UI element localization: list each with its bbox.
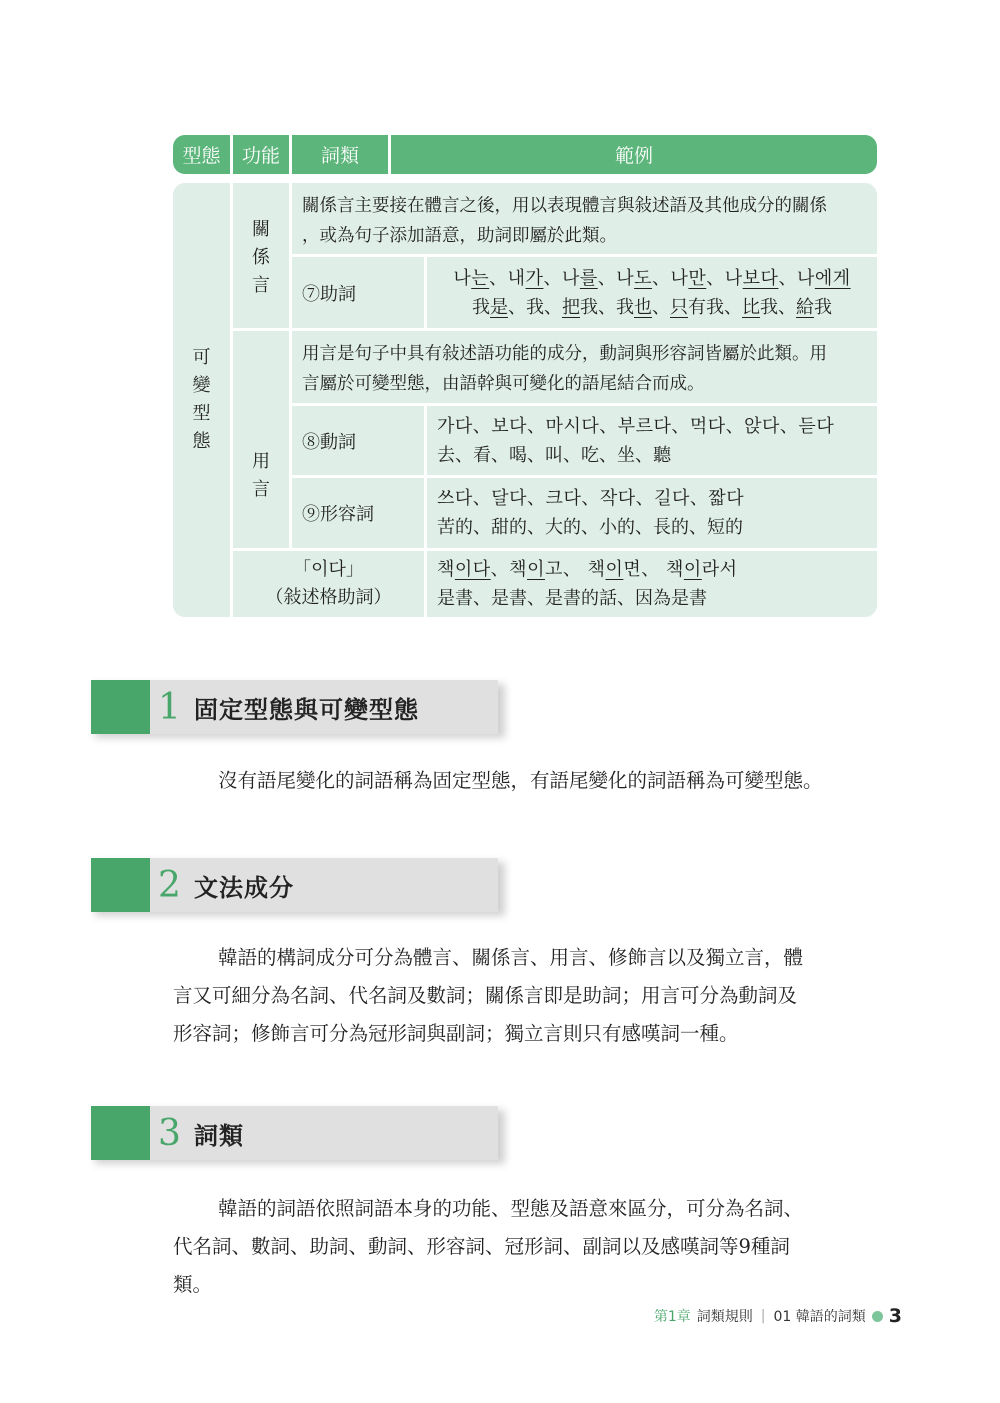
body-line: 形容詞；修飾言可分為冠形詞與副詞；獨立言則只有感嘆詞一種。 (173, 1015, 883, 1053)
description-line: 關係言主要接在體言之後，用以表現體言與敍述語及其他成分的關係 (302, 191, 869, 221)
word-class-particle: ⑦助詞 (292, 257, 424, 328)
function-char: 用 (252, 448, 270, 476)
body-line: 韓語的構詞成分可分為體言、關係言、用言、修飾言以及獨立言，體 (173, 939, 883, 977)
section-title: 固定型態與可變型態 (194, 690, 419, 725)
description-line: ，或為句子添加語意，助詞即屬於此類。 (302, 221, 869, 251)
function-char: 言 (252, 476, 270, 504)
function-char: 言 (252, 272, 270, 300)
relational-description: 關係言主要接在體言之後，用以表現體言與敍述語及其他成分的關係 ，或為句子添加語意… (292, 183, 877, 254)
section-marker (91, 1106, 150, 1160)
chapter-number: 第1章 (654, 1306, 691, 1326)
examples-adjective: 쓰다、달다、크다、작다、길다、짧다 苦的、甜的、大的、小的、長的、短的 (427, 478, 877, 548)
chapter-title: 詞類規則 (697, 1306, 753, 1326)
examples-verb: 가다、보다、마시다、부르다、먹다、앉다、듣다 去、看、喝、叫、吃、坐、聽 (427, 406, 877, 475)
function-cell-predicate: 用 言 (233, 331, 289, 548)
section-title: 文法成分 (194, 868, 294, 903)
header-function: 功能 (233, 135, 289, 174)
word-class-adjective: ⑨形容詞 (292, 478, 424, 548)
body-line: 韓語的詞語依照詞語本身的功能、型態及語意來區分，可分為名詞、 (173, 1190, 883, 1228)
section-marker (91, 858, 150, 912)
body-line: 代名詞、數詞、助詞、動詞、形容詞、冠形詞、副詞以及感嘆詞等9種詞 (173, 1228, 883, 1266)
type-cell-variable: 可 變 型 態 (173, 183, 230, 617)
page-footer: 第1章 詞類規則 | 01 韓語的詞類 3 (654, 1305, 902, 1327)
section-title: 詞類 (194, 1116, 244, 1151)
section-number: 1 (158, 687, 194, 728)
copula-label: 「이다」 （敍述格助詞） (233, 551, 424, 617)
korean-examples: 책이다、책이고、 책이면、 책이라서 (437, 555, 867, 584)
chinese-examples: 是書、是書、是書的話、因為是書 (437, 584, 867, 613)
section-body: 韓語的詞語依照詞語本身的功能、型態及語意來區分，可分為名詞、 代名詞、數詞、助詞… (173, 1190, 883, 1304)
korean-examples: 가다、보다、마시다、부르다、먹다、앉다、듣다 (437, 412, 867, 441)
description-line: 用言是句子中具有敍述語功能的成分，動詞與形容詞皆屬於此類。用 (302, 339, 869, 369)
footer-separator: | (761, 1308, 766, 1324)
word-class-verb: ⑧動詞 (292, 406, 424, 475)
type-char: 可 (193, 344, 211, 372)
korean-examples: 나는、내가、나를、나도、나만、나보다、나에게 (437, 264, 867, 293)
chinese-examples: 苦的、甜的、大的、小的、長的、短的 (437, 513, 867, 542)
section-number: 2 (158, 865, 194, 906)
type-char: 型 (193, 400, 211, 428)
description-line: 言屬於可變型態，由語幹與可變化的語尾結合而成。 (302, 369, 869, 399)
section-number: 3 (158, 1113, 194, 1154)
section-body: 韓語的構詞成分可分為體言、關係言、用言、修飾言以及獨立言，體 言又可細分為名詞、… (173, 939, 883, 1053)
body-line: 言又可細分為名詞、代名詞及數詞；關係言即是助詞；用言可分為動詞及 (173, 977, 883, 1015)
body-line: 類。 (173, 1266, 883, 1304)
korean-examples: 쓰다、달다、크다、작다、길다、짧다 (437, 484, 867, 513)
section-marker (91, 680, 150, 734)
type-char: 變 (193, 372, 211, 400)
function-char: 關 (252, 216, 270, 244)
function-char: 係 (252, 244, 270, 272)
section-header: 3 詞類 (150, 1106, 498, 1160)
bullet-dot-icon (872, 1311, 883, 1322)
examples-particle: 나는、내가、나를、나도、나만、나보다、나에게 我是、我、把我、我也、只有我、比我… (427, 257, 877, 328)
lesson-title: 01 韓語的詞類 (774, 1306, 866, 1326)
section-body: 沒有語尾變化的詞語稱為固定型態，有語尾變化的詞語稱為可變型態。 (218, 762, 928, 800)
chinese-examples: 我是、我、把我、我也、只有我、比我、給我 (437, 293, 867, 322)
header-examples: 範例 (391, 135, 877, 174)
section-header: 1 固定型態與可變型態 (150, 680, 498, 734)
page-number: 3 (889, 1305, 902, 1327)
section-header: 2 文法成分 (150, 858, 498, 912)
function-cell-relational: 關 係 言 (233, 183, 289, 328)
type-char: 態 (193, 428, 211, 456)
copula-label-line: 「이다」 (293, 556, 364, 584)
copula-label-line: （敍述格助詞） (266, 584, 392, 612)
predicate-description: 用言是句子中具有敍述語功能的成分，動詞與形容詞皆屬於此類。用 言屬於可變型態，由… (292, 331, 877, 403)
chinese-examples: 去、看、喝、叫、吃、坐、聽 (437, 441, 867, 470)
examples-copula: 책이다、책이고、 책이면、 책이라서 是書、是書、是書的話、因為是書 (427, 551, 877, 617)
header-type: 型態 (173, 135, 230, 174)
header-word-class: 詞類 (292, 135, 388, 174)
